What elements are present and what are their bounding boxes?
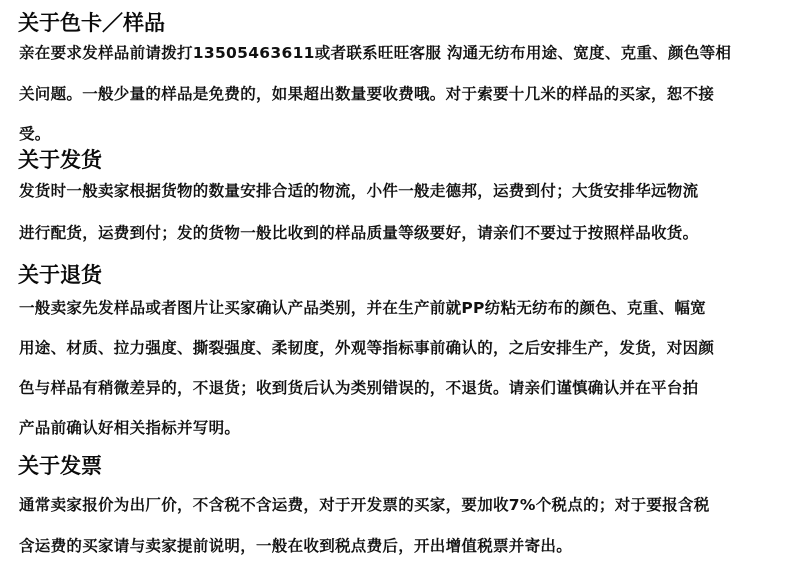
section-title-samples: 关于色卡／样品	[18, 10, 165, 36]
section-shipping-line-2: 进行配货，运费到付；发的货物一般比收到的样品质量等级要好，请亲们不要过于按照样品…	[19, 222, 698, 244]
section-title-returns: 关于退货	[18, 262, 102, 288]
section-samples-line-2: 关问题。一般少量的样品是免费的，如果超出数量要收费哦。对于索要十几米的样品的买家…	[19, 83, 714, 105]
section-invoice-line-2: 含运费的买家请与卖家提前说明，一般在收到税点费后，开出增值税票并寄出。	[19, 535, 572, 557]
section-title-invoice: 关于发票	[18, 453, 102, 479]
policy-document: 关于色卡／样品 亲在要求发样品前请拨打13505463611或者联系旺旺客服 沟…	[0, 0, 790, 566]
section-samples-line-1: 亲在要求发样品前请拨打13505463611或者联系旺旺客服 沟通无纺布用途、宽…	[19, 42, 731, 64]
section-returns-line-2: 用途、材质、拉力强度、撕裂强度、柔韧度，外观等指标事前确认的，之后安排生产，发货…	[19, 337, 714, 359]
section-invoice-line-1: 通常卖家报价为出厂价，不含税不含运费，对于开发票的买家，要加收7%个税点的；对于…	[19, 494, 710, 516]
section-returns-line-4: 产品前确认好相关指标并写明。	[19, 417, 240, 439]
section-title-shipping: 关于发货	[18, 147, 102, 173]
section-returns-line-1: 一般卖家先发样品或者图片让买家确认产品类别，并在生产前就PP纺粘无纺布的颜色、克…	[19, 297, 706, 319]
section-returns-line-3: 色与样品有稍微差异的，不退货；收到货后认为类别错误的，不退货。请亲们谨慎确认并在…	[19, 377, 698, 399]
section-shipping-line-1: 发货时一般卖家根据货物的数量安排合适的物流，小件一般走德邦，运费到付；大货安排华…	[19, 180, 698, 202]
section-samples-line-3: 受。	[19, 123, 51, 145]
